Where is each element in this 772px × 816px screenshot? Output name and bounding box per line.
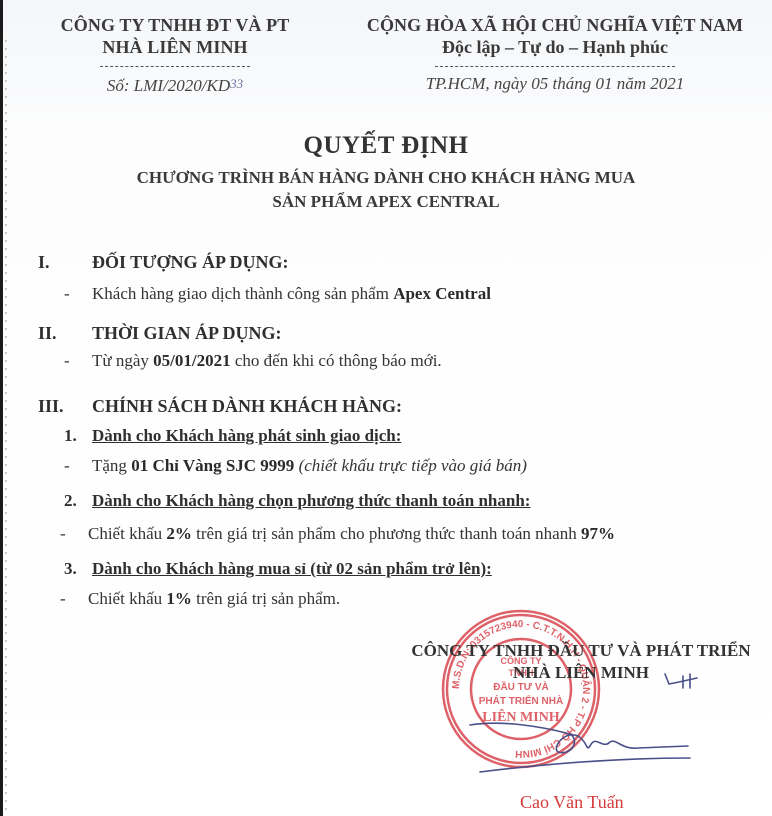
bullet-text: Khách hàng giao dịch thành công sản phẩm… [92,284,491,304]
gift-note: (chiết khấu trực tiếp vào giá bán) [294,456,527,475]
policy-item-title: Dành cho Khách hàng chọn phương thức tha… [92,491,530,511]
product-name: Apex Central [393,284,491,303]
document-title-block: QUYẾT ĐỊNH CHƯƠNG TRÌNH BÁN HÀNG DÀNH CH… [0,130,772,214]
policy-item-title: Dành cho Khách hàng mua sỉ (từ 02 sản ph… [92,559,492,579]
section-customer-policy: III. CHÍNH SÁCH DÀNH KHÁCH HÀNG: 1. Dành… [0,396,772,616]
document-subtitle-line2: SẢN PHẨM APEX CENTRAL [0,190,772,214]
section-title: CHÍNH SÁCH DÀNH KHÁCH HÀNG: [92,396,402,417]
bullet-text-plain: trên giá trị sản phẩm cho phương thức th… [192,524,581,543]
bullet-text: Từ ngày 05/01/2021 cho đến khi có thông … [92,351,442,371]
policy-item-number: 1. [64,426,77,446]
bullet-text-plain: Khách hàng giao dịch thành công sản phẩm [92,284,393,303]
company-name-line2: NHÀ LIÊN MINH [40,36,310,58]
gift-value: 01 Chỉ Vàng SJC 9999 [131,456,294,475]
section-number: II. [38,323,57,344]
header-company: CÔNG TY TNHH ĐT VÀ PT NHÀ LIÊN MINH Số: … [40,14,310,97]
signer-name: Cao Văn Tuấn [520,792,624,813]
document-subtitle-line1: CHƯƠNG TRÌNH BÁN HÀNG DÀNH CHO KHÁCH HÀN… [0,166,772,190]
document-number-handwritten: 33 [230,76,243,91]
header-divider [100,66,250,67]
bullet-dash: - [60,589,66,609]
header-nation: CỘNG HÒA XÃ HỘI CHỦ NGHĨA VIỆT NAM Độc l… [340,14,770,95]
bullet-text-plain: Tặng [92,456,131,475]
discount-rate: 1% [166,589,192,608]
section-validity-period: II. THỜI GIAN ÁP DỤNG: - Từ ngày 05/01/2… [0,323,772,383]
document-number: Số: LMI/2020/KD33 [40,73,310,97]
discount-rate: 2% [166,524,192,543]
bullet-text-plain: Chiết khấu [88,524,166,543]
bullet-text-plain: Từ ngày [92,351,153,370]
policy-item-number: 3. [64,559,77,579]
section-number: I. [38,252,50,273]
national-motto: Độc lập – Tự do – Hạnh phúc [340,36,770,58]
bullet-text: Chiết khấu 1% trên giá trị sản phẩm. [88,589,340,609]
document-page: CÔNG TY TNHH ĐT VÀ PT NHÀ LIÊN MINH Số: … [0,0,772,816]
bullet-text-plain: cho đến khi có thông báo mới. [231,351,442,370]
document-title: QUYẾT ĐỊNH [0,130,772,162]
section-number: III. [38,396,64,417]
bullet-text: Tặng 01 Chỉ Vàng SJC 9999 (chiết khấu tr… [92,456,527,476]
section-applicable-subjects: I. ĐỐI TƯỢNG ÁP DỤNG: - Khách hàng giao … [0,252,772,312]
policy-item-number: 2. [64,491,77,511]
bullet-dash: - [64,284,70,304]
bullet-dash: - [64,456,70,476]
start-date: 05/01/2021 [153,351,230,370]
nation-name: CỘNG HÒA XÃ HỘI CHỦ NGHĨA VIỆT NAM [340,14,770,36]
payment-percent: 97% [581,524,615,543]
company-name-line1: CÔNG TY TNHH ĐT VÀ PT [40,14,310,36]
section-title: THỜI GIAN ÁP DỤNG: [92,323,282,344]
handwritten-signature-icon [440,660,740,790]
motto-divider [435,66,675,67]
bullet-text: Chiết khấu 2% trên giá trị sản phẩm cho … [88,524,615,544]
bullet-dash: - [60,524,66,544]
signature-company-line1: CÔNG TY TNHH ĐẦU TƯ VÀ PHÁT TRIỂN [390,640,772,662]
policy-item-title: Dành cho Khách hàng phát sinh giao dịch: [92,426,401,446]
bullet-dash: - [64,351,70,371]
place-date: TP.HCM, ngày 05 tháng 01 năm 2021 [340,73,770,95]
bullet-text-plain: Chiết khấu [88,589,166,608]
document-number-text: Số: LMI/2020/KD [107,76,230,95]
section-title: ĐỐI TƯỢNG ÁP DỤNG: [92,252,289,273]
bullet-text-plain: trên giá trị sản phẩm. [192,589,340,608]
